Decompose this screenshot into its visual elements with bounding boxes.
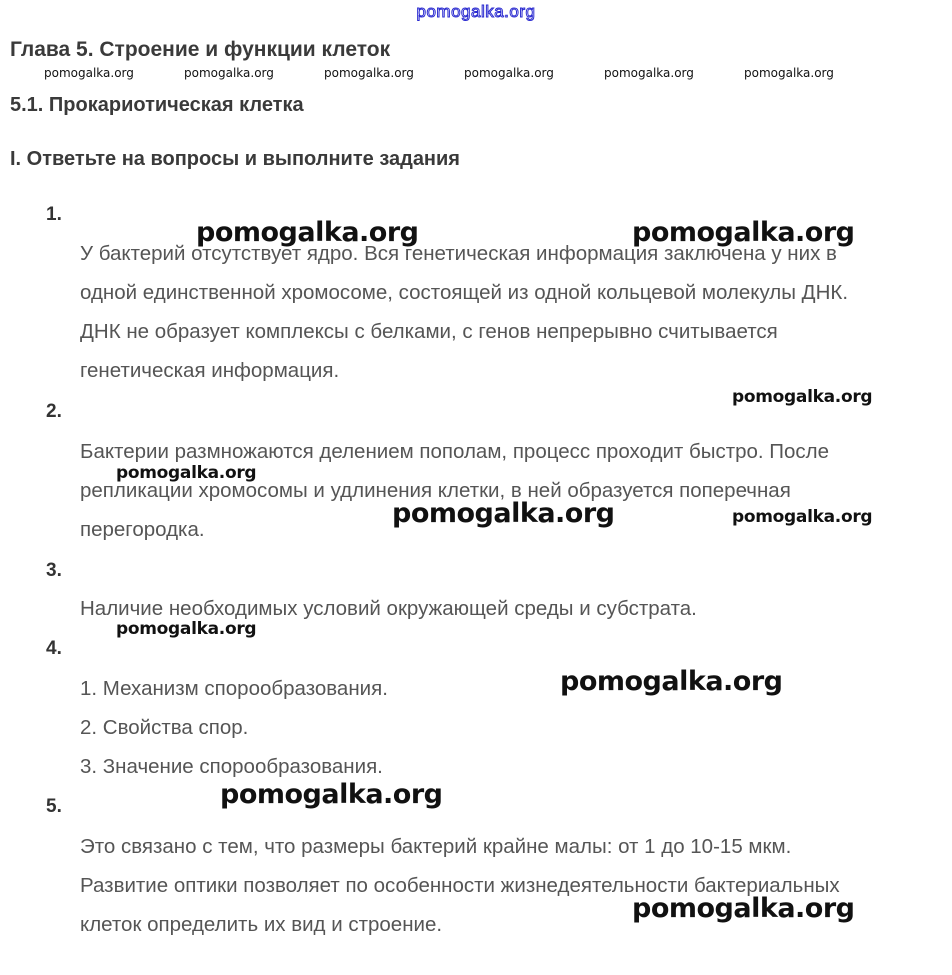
task-title: I. Ответьте на вопросы и выполните задан…: [10, 148, 460, 171]
watermark: pomogalka.org: [464, 66, 554, 80]
top-watermark: pomogalka.org: [0, 2, 952, 22]
watermark: pomogalka.org: [732, 387, 872, 407]
watermark: pomogalka.org: [744, 66, 834, 80]
answer-line: ДНК не образует комплексы с белками, с г…: [80, 312, 950, 351]
answer-line: 3. Значение спорообразования.: [80, 747, 950, 786]
answer-line: генетическая информация.: [80, 351, 950, 390]
answer-line: Это связано с тем, что размеры бактерий …: [80, 827, 950, 866]
watermark: pomogalka.org: [44, 66, 134, 80]
watermark: pomogalka.org: [560, 666, 783, 697]
watermark: pomogalka.org: [324, 66, 414, 80]
watermark: pomogalka.org: [604, 66, 694, 80]
watermark: pomogalka.org: [392, 498, 615, 529]
answer-line: одной единственной хромосоме, состоящей …: [80, 273, 950, 312]
answer-1: У бактерий отсутствует ядро. Вся генетич…: [80, 234, 950, 390]
answer-number-1: 1.: [46, 204, 62, 226]
watermark: pomogalka.org: [196, 217, 419, 248]
answer-4: 1. Механизм спорообразования. 2. Свойств…: [80, 669, 950, 786]
answer-number-2: 2.: [46, 401, 62, 423]
watermark: pomogalka.org: [632, 217, 855, 248]
watermark: pomogalka.org: [116, 463, 256, 483]
watermark: pomogalka.org: [220, 779, 443, 810]
watermark: pomogalka.org: [732, 507, 872, 527]
watermark: pomogalka.org: [632, 893, 855, 924]
answer-number-5: 5.: [46, 796, 62, 818]
answer-number-4: 4.: [46, 638, 62, 660]
answer-2: Бактерии размножаются делением пополам, …: [80, 432, 950, 549]
answer-number-3: 3.: [46, 560, 62, 582]
section-title: 5.1. Прокариотическая клетка: [10, 94, 304, 117]
answer-5: Это связано с тем, что размеры бактерий …: [80, 827, 950, 944]
watermark: pomogalka.org: [116, 619, 256, 639]
answer-line: 1. Механизм спорообразования.: [80, 669, 950, 708]
chapter-title: Глава 5. Строение и функции клеток: [10, 38, 390, 62]
answer-line: 2. Свойства спор.: [80, 708, 950, 747]
watermark: pomogalka.org: [184, 66, 274, 80]
